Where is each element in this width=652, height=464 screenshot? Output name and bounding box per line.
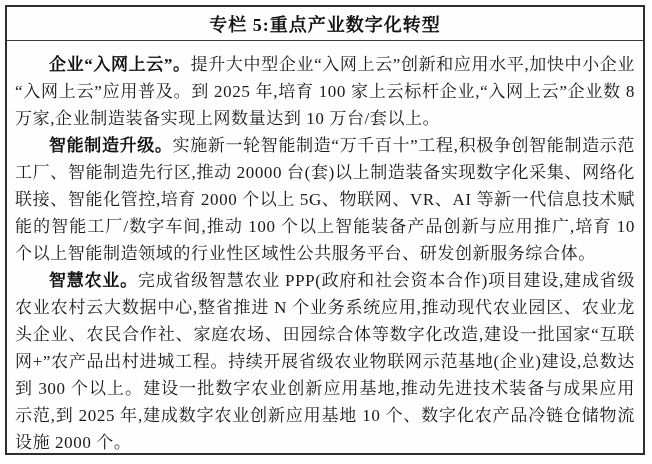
paragraph-smart-agriculture: 智慧农业。完成省级智慧农业 PPP(政府和社会资本合作)项目建设,建成省级农业农… (15, 267, 635, 456)
panel-body: 企业“入网上云”。提升大中型企业“入网上云”创新和应用水平,加快中小企业“入网上… (7, 41, 643, 456)
paragraph-enterprise-cloud: 企业“入网上云”。提升大中型企业“入网上云”创新和应用水平,加快中小企业“入网上… (15, 51, 635, 132)
panel-title: 专栏 5:重点产业数字化转型 (209, 11, 441, 37)
column-panel: 专栏 5:重点产业数字化转型 企业“入网上云”。提升大中型企业“入网上云”创新和… (5, 5, 645, 455)
paragraph-lead: 智能制造升级。 (49, 136, 173, 155)
paragraph-lead: 企业“入网上云”。 (49, 55, 191, 74)
paragraph-smart-manufacturing: 智能制造升级。实施新一轮智能制造“万千百十”工程,积极争创智能制造示范工厂、智能… (15, 132, 635, 267)
paragraph-text: 完成省级智慧农业 PPP(政府和社会资本合作)项目建设,建成省级农业农村云大数据… (15, 271, 635, 452)
paragraph-text: 实施新一轮智能制造“万千百十”工程,积极争创智能制造示范工厂、智能制造先行区,推… (15, 136, 635, 263)
panel-title-bar: 专栏 5:重点产业数字化转型 (7, 7, 643, 41)
paragraph-lead: 智慧农业。 (49, 271, 138, 290)
